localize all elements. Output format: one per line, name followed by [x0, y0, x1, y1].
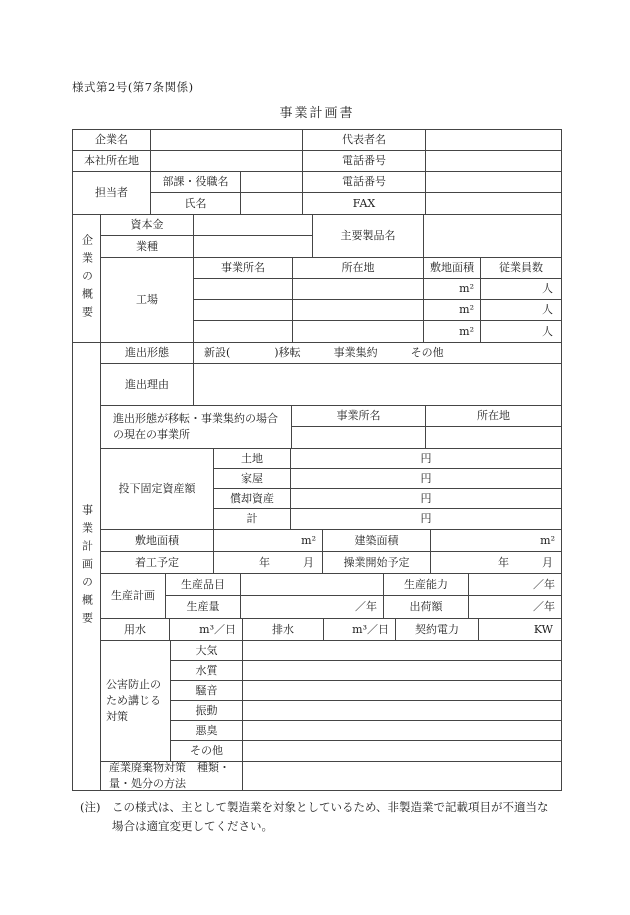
representative-label: 代表者名: [303, 130, 426, 150]
row-group-factory: 工場 事業所名 所在地 敷地面積 従業員数 m² 人: [101, 258, 561, 342]
asset-building-yen-cell: 円: [291, 469, 561, 488]
industry-value-cell: [194, 236, 312, 257]
pollution-item-value-cell: [243, 701, 561, 720]
operation-start-date-cell: 年 月: [431, 552, 561, 573]
production-item-value-cell: [241, 574, 384, 595]
factory-site-area-header: 敷地面積: [424, 258, 481, 278]
head-office-value-cell: [151, 151, 303, 171]
asset-row-land: 土地 円: [214, 449, 561, 469]
production-item-label: 生産品目: [166, 574, 241, 595]
pollution-item-label: 水質: [171, 661, 243, 680]
pollution-item-label: 騒音: [171, 681, 243, 700]
asset-total-label: 計: [214, 509, 291, 529]
site-area-unit-cell: m²: [214, 530, 323, 551]
row-production-volume: 生産量 ／年 出荷額 ／年: [166, 596, 561, 618]
asset-building-label: 家屋: [214, 469, 291, 488]
drainage-label: 排水: [243, 619, 324, 640]
factory-site-area-unit: m²: [424, 279, 481, 299]
representative-value-cell: [426, 130, 561, 150]
footer-note-text: この様式は、主として製造業を対象としているため、非製造業で記載項目が不適当な 場…: [112, 798, 576, 836]
site-area-label: 敷地面積: [101, 530, 214, 551]
form-number: 様式第2号(第7条関係): [72, 79, 562, 95]
factory-office-name-cell: [194, 300, 293, 320]
company-overview-rows: 資本金 業種 主要製品名 工場 事業: [101, 215, 561, 342]
production-capacity-unit-cell: ／年: [469, 574, 561, 595]
company-name-label: 企業名: [73, 130, 151, 150]
contact-phone-value-cell: [426, 172, 561, 192]
pollution-item-value-cell: [243, 641, 561, 660]
pollution-row-noise: 騒音: [171, 681, 561, 701]
construction-start-label: 着工予定: [101, 552, 214, 573]
operation-start-label: 操業開始予定: [323, 552, 431, 573]
asset-land-label: 土地: [214, 449, 291, 468]
factory-row: m² 人: [194, 300, 561, 321]
factory-office-name-cell: [194, 321, 293, 342]
row-group-current-office: 進出形態が移転・事業集約の場合の現在の事業所 事業所名 所在地: [101, 406, 561, 449]
phone-value-cell: [426, 151, 561, 171]
entry-type-label: 進出形態: [101, 343, 194, 363]
pollution-item-value-cell: [243, 741, 561, 761]
footer-note: (注) この様式は、主として製造業を対象としているため、非製造業で記載項目が不適…: [80, 798, 576, 836]
factory-employees-header: 従業員数: [481, 258, 561, 278]
contact-name-value-cell: [241, 193, 303, 214]
company-name-value-cell: [151, 130, 303, 150]
department-value-cell: [241, 172, 303, 192]
pollution-item-value-cell: [243, 681, 561, 700]
row-schedule: 着工予定 年 月 操業開始予定 年 月: [101, 552, 561, 574]
pollution-item-value-cell: [243, 661, 561, 680]
business-plan-rows: 進出形態 新設( )移転 事業集約 その他 進出理由 進出形態が移転・事業集約の…: [101, 343, 561, 790]
row-industrial-waste: 産業廃棄物対策 種類・量・処分の方法: [101, 762, 561, 790]
production-volume-unit-cell: ／年: [241, 596, 384, 618]
contact-person-rows: 部課・役職名 電話番号 氏名 FAX: [151, 172, 561, 214]
document-page: 様式第2号(第7条関係) 事業計画書 企業名 代表者名 本社所在地 電話番号 担…: [0, 0, 630, 836]
factory-office-name-header: 事業所名: [194, 258, 293, 278]
asset-land-yen-cell: 円: [291, 449, 561, 468]
capital-value-cell: [194, 215, 312, 235]
current-office-value-row: [292, 427, 561, 448]
production-volume-label: 生産量: [166, 596, 241, 618]
row-industry: 業種: [101, 236, 312, 257]
row-contact-department: 部課・役職名 電話番号: [151, 172, 561, 193]
entry-reason-label: 進出理由: [101, 364, 194, 405]
pollution-item-label: 悪臭: [171, 721, 243, 740]
pollution-row-vibration: 振動: [171, 701, 561, 721]
factory-site-area-unit: m²: [424, 321, 481, 342]
factory-location-cell: [293, 300, 424, 320]
pollution-item-label: 大気: [171, 641, 243, 660]
asset-depreciable-label: 償却資産: [214, 489, 291, 508]
pollution-label: 公害防止のため講じる対策: [101, 641, 171, 761]
row-contact-name: 氏名 FAX: [151, 193, 561, 214]
pollution-row-odor: 悪臭: [171, 721, 561, 741]
row-group-pollution: 公害防止のため講じる対策 大気 水質 騒音: [101, 641, 561, 762]
contact-name-label: 氏名: [151, 193, 241, 214]
main-products-value-cell: [424, 215, 561, 257]
shipment-value-label: 出荷額: [384, 596, 469, 618]
invested-assets-rows: 土地 円 家屋 円 償却資産 円 計 円: [214, 449, 561, 529]
factory-location-cell: [293, 321, 424, 342]
capital-label: 資本金: [101, 215, 194, 235]
contact-phone-label: 電話番号: [303, 172, 426, 192]
row-group-contact-person: 担当者 部課・役職名 電話番号 氏名 FAX: [73, 172, 561, 215]
asset-depreciable-yen-cell: 円: [291, 489, 561, 508]
contact-person-label: 担当者: [73, 172, 151, 214]
business-plan-form-table: 企業名 代表者名 本社所在地 電話番号 担当者 部課・役職名 電話番号 氏名: [72, 129, 562, 791]
asset-row-building: 家屋 円: [214, 469, 561, 489]
water-label: 用水: [101, 619, 170, 640]
department-label: 部課・役職名: [151, 172, 241, 192]
industrial-waste-label: 産業廃棄物対策 種類・量・処分の方法: [101, 762, 243, 790]
factory-site-area-unit: m²: [424, 300, 481, 320]
row-company-name: 企業名 代表者名: [73, 130, 561, 151]
current-office-location-header: 所在地: [426, 406, 561, 426]
pollution-item-label: その他: [171, 741, 243, 761]
industrial-waste-value-cell: [243, 762, 561, 790]
factory-employees-unit: 人: [481, 279, 561, 299]
company-overview-section-label: 企業の概要: [73, 215, 101, 342]
shipment-value-unit-cell: ／年: [469, 596, 561, 618]
building-area-unit-cell: m²: [431, 530, 561, 551]
pollution-item-label: 振動: [171, 701, 243, 720]
row-group-production-plan: 生産計画 生産品目 生産能力 ／年 生産量 ／年 出荷額 ／年: [101, 574, 561, 619]
section-company-overview: 企業の概要 資本金 業種 主要製品名: [73, 215, 561, 343]
head-office-label: 本社所在地: [73, 151, 151, 171]
phone-label: 電話番号: [303, 151, 426, 171]
factory-employees-unit: 人: [481, 300, 561, 320]
industry-label: 業種: [101, 236, 194, 257]
footer-note-line1: この様式は、主として製造業を対象としているため、非製造業で記載項目が不適当な: [112, 798, 576, 817]
construction-start-date-cell: 年 月: [214, 552, 323, 573]
power-unit-cell: KW: [479, 619, 561, 640]
fax-value-cell: [426, 193, 561, 214]
current-office-rows: 事業所名 所在地: [292, 406, 561, 448]
fax-label: FAX: [303, 193, 426, 214]
factory-label: 工場: [101, 258, 194, 342]
pollution-rows: 大気 水質 騒音 振動: [171, 641, 561, 761]
factory-office-name-cell: [194, 279, 293, 299]
production-capacity-label: 生産能力: [384, 574, 469, 595]
page-title: 事業計画書: [72, 102, 562, 121]
current-office-label: 進出形態が移転・事業集約の場合の現在の事業所: [101, 406, 292, 448]
business-plan-section-label: 事業計画の概要: [73, 343, 101, 790]
factory-location-header: 所在地: [293, 258, 424, 278]
row-utilities: 用水 m³／日 排水 m³／日 契約電力 KW: [101, 619, 561, 641]
current-office-name-header: 事業所名: [292, 406, 426, 426]
water-unit-cell: m³／日: [170, 619, 243, 640]
factory-row: m² 人: [194, 279, 561, 300]
asset-row-depreciable: 償却資産 円: [214, 489, 561, 509]
entry-type-options: 新設( )移転 事業集約 その他: [194, 343, 561, 363]
current-office-header-row: 事業所名 所在地: [292, 406, 561, 427]
pollution-row-air: 大気: [171, 641, 561, 661]
asset-total-yen-cell: 円: [291, 509, 561, 529]
row-site-area: 敷地面積 m² 建築面積 m²: [101, 530, 561, 552]
section-business-plan: 事業計画の概要 進出形態 新設( )移転 事業集約 その他 進出理由 進出形態が…: [73, 343, 561, 790]
footer-note-line2: 場合は適宜変更してください。: [112, 817, 576, 836]
factory-row: m² 人: [194, 321, 561, 342]
row-capital: 資本金: [101, 215, 312, 236]
power-label: 契約電力: [396, 619, 479, 640]
row-entry-type: 進出形態 新設( )移転 事業集約 その他: [101, 343, 561, 364]
pollution-item-value-cell: [243, 721, 561, 740]
footer-note-marker: (注): [80, 798, 112, 836]
factory-location-cell: [293, 279, 424, 299]
row-head-office: 本社所在地 電話番号: [73, 151, 561, 172]
drainage-unit-cell: m³／日: [324, 619, 396, 640]
production-plan-label: 生産計画: [101, 574, 166, 618]
entry-reason-value-cell: [194, 364, 561, 405]
current-office-location-cell: [426, 427, 561, 448]
current-office-name-cell: [292, 427, 426, 448]
asset-row-total: 計 円: [214, 509, 561, 529]
factory-header-row: 事業所名 所在地 敷地面積 従業員数: [194, 258, 561, 279]
production-plan-rows: 生産品目 生産能力 ／年 生産量 ／年 出荷額 ／年: [166, 574, 561, 618]
pollution-row-water-quality: 水質: [171, 661, 561, 681]
row-production-item: 生産品目 生産能力 ／年: [166, 574, 561, 596]
capital-industry-rows: 資本金 業種: [101, 215, 313, 257]
main-products-label: 主要製品名: [313, 215, 424, 257]
building-area-label: 建築面積: [323, 530, 431, 551]
factory-employees-unit: 人: [481, 321, 561, 342]
pollution-row-other: その他: [171, 741, 561, 761]
row-group-invested-assets: 投下固定資産額 土地 円 家屋 円 償却資産 円: [101, 449, 561, 530]
factory-rows: 事業所名 所在地 敷地面積 従業員数 m² 人: [194, 258, 561, 342]
row-entry-reason: 進出理由: [101, 364, 561, 406]
row-group-capital-products: 資本金 業種 主要製品名: [101, 215, 561, 258]
invested-assets-label: 投下固定資産額: [101, 449, 214, 529]
